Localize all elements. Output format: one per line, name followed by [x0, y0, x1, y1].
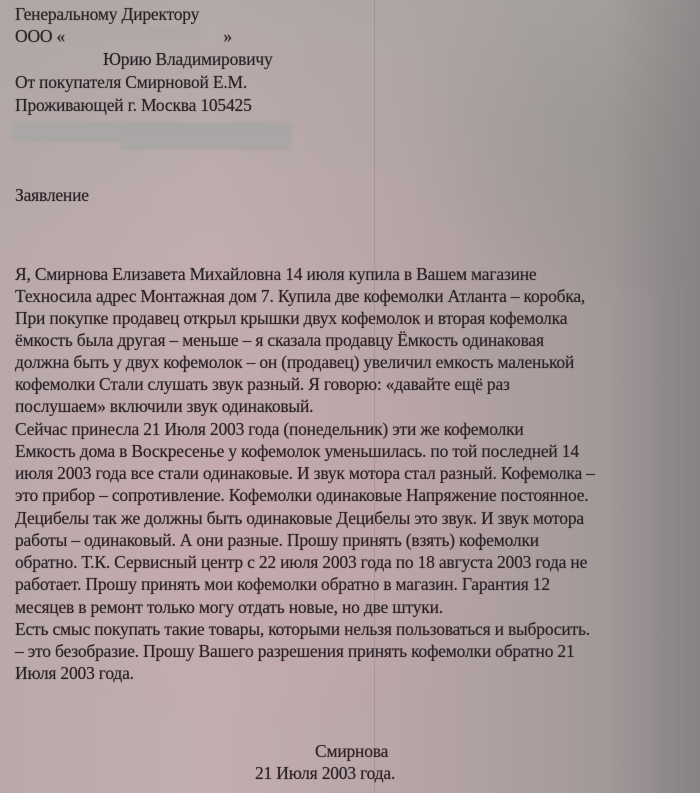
body-line: кофемолки Стали слушать звук разный. Я г… — [15, 373, 510, 395]
body-line: Июля 2003 года. — [15, 662, 134, 684]
body-line: обратно. Т.К. Сервисный центр с 22 июля … — [15, 551, 587, 573]
body-line: работает. Прошу принять мои кофемолки об… — [15, 573, 550, 595]
body-line: должна быть у двух кофемолок – он (прода… — [15, 351, 574, 373]
residence-line: Проживающей г. Москва 105425 — [15, 94, 252, 116]
addressee-name: Юрию Владимировичу — [103, 48, 273, 70]
body-line: При покупке продавец открыл крышки двух … — [15, 307, 567, 329]
body-line: послушаем» включили звук одинаковый. — [15, 395, 313, 417]
body-line: июля 2003 года все стали одинаковые. И з… — [15, 462, 595, 484]
company-suffix: » — [223, 26, 232, 46]
body-line: Децибелы так же должны быть одинаковые Д… — [15, 507, 584, 529]
signature-name: Смирнова — [315, 740, 388, 762]
company-prefix: ООО « — [15, 26, 65, 46]
body-line: месяцев в ремонт только могу отдать новы… — [15, 596, 443, 618]
lighting-shade-right — [610, 0, 700, 793]
body-line: это прибор – сопротивление. Кофемолки од… — [15, 484, 588, 506]
paper-fold-line — [374, 0, 375, 793]
signature-date: 21 Июля 2003 года. — [255, 762, 395, 784]
addressee-title: Генеральному Директору — [15, 3, 199, 25]
document-title: Заявление — [15, 184, 89, 206]
body-line: работы – одинаковый. А они разные. Прошу… — [15, 529, 539, 551]
body-line: ёмкость была другая – меньше – я сказала… — [15, 329, 544, 351]
body-line: Я, Смирнова Елизавета Михайловна 14 июля… — [15, 263, 537, 285]
company-line: ООО « » — [15, 25, 232, 47]
sender-line: От покупателя Смирновой Е.М. — [15, 71, 247, 93]
body-line: – это безобразие. Прошу Вашего разрешени… — [15, 640, 575, 662]
body-line: Есть смыс покупать такие товары, которым… — [15, 618, 590, 640]
body-line: Сейчас принесла 21 Июля 2003 года (понед… — [15, 418, 524, 440]
body-line: Емкость дома в Воскресенье у кофемолок у… — [15, 440, 579, 462]
redaction-address-line-tail — [120, 136, 290, 150]
body-line: Техносила адрес Монтажная дом 7. Купила … — [15, 285, 585, 307]
